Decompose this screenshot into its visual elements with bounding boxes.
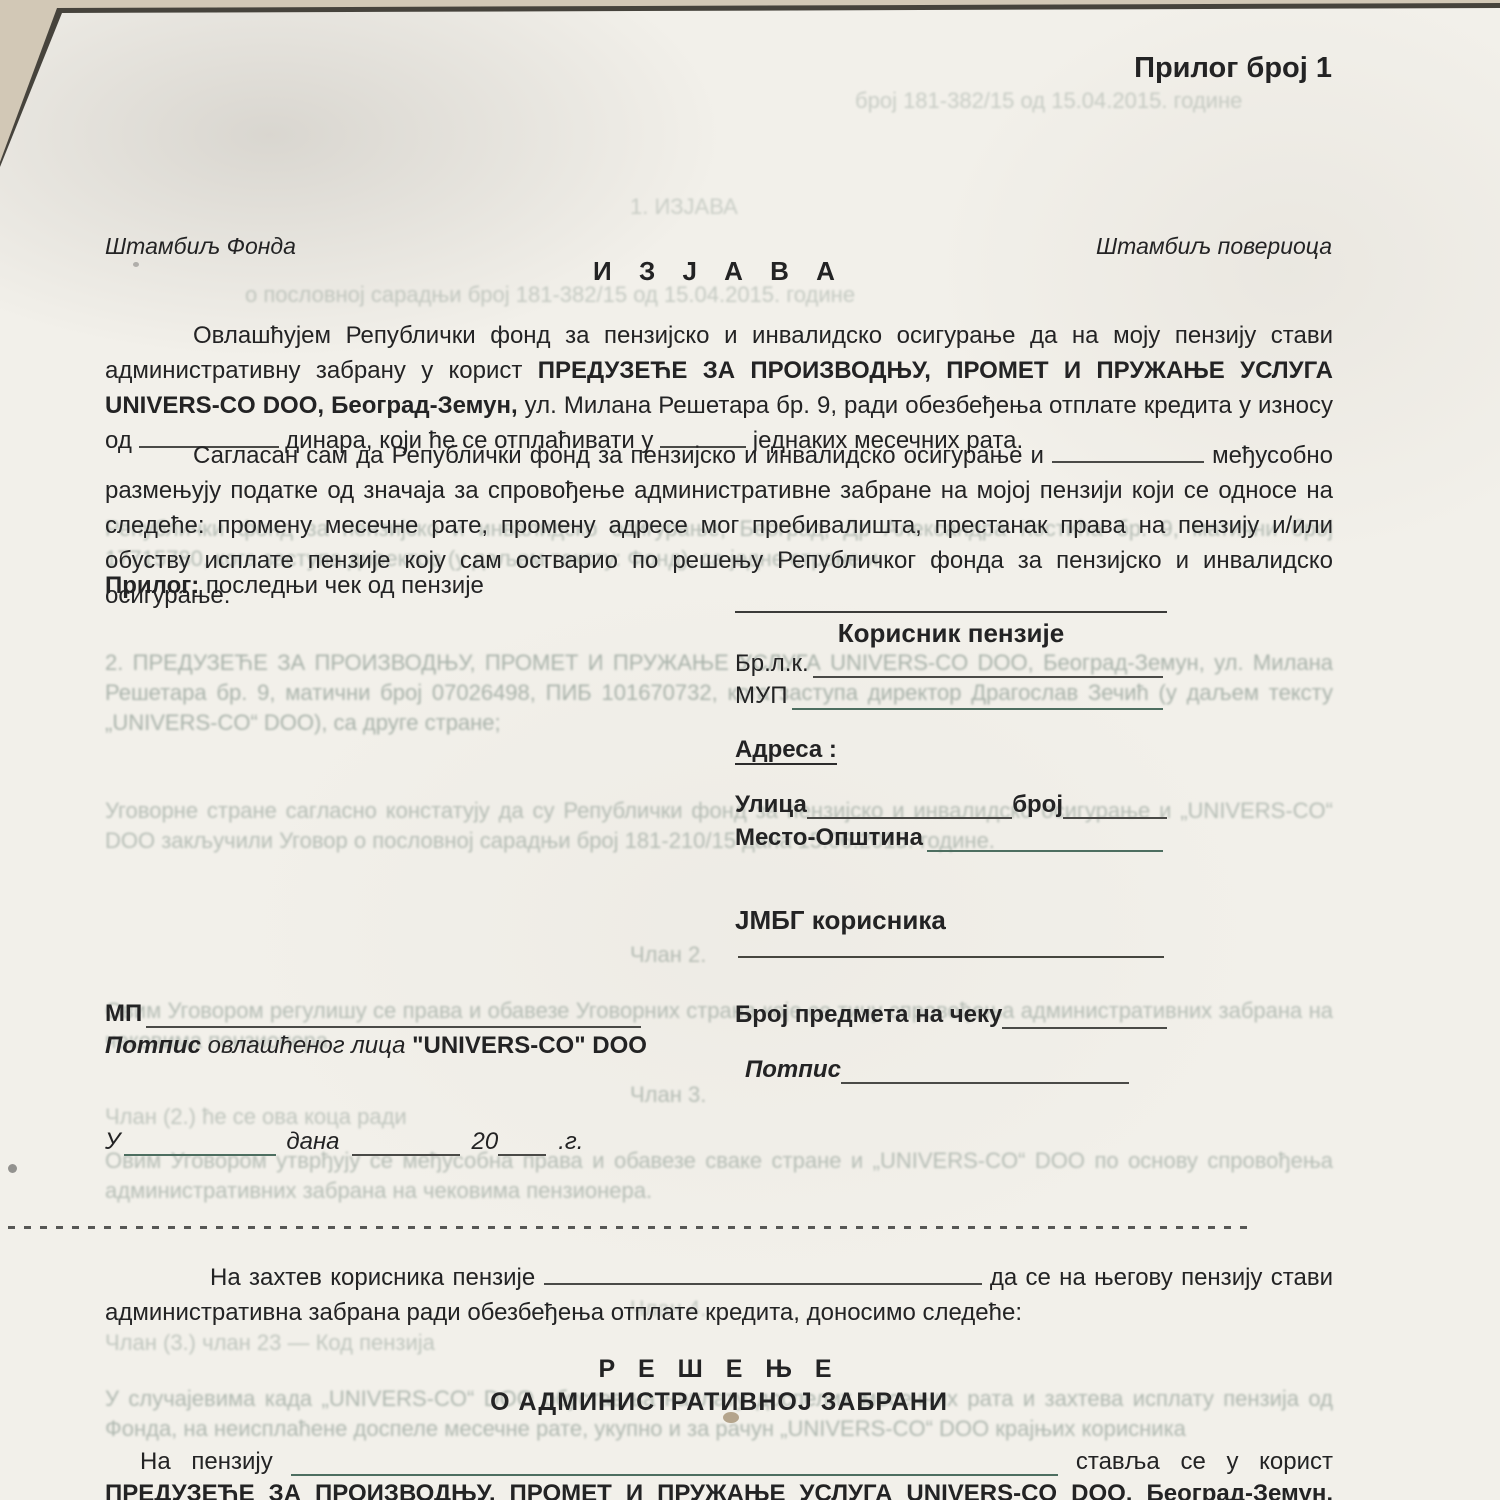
jmbg-blank-field: [738, 956, 1164, 958]
bleedthrough-text: Члан 2.: [630, 940, 870, 970]
bleedthrough-text: Члан 3.: [630, 1080, 870, 1110]
year-century: 20: [472, 1128, 499, 1156]
beneficiary-signature-row: Потпис: [735, 1056, 1177, 1084]
consent-text-1: Сагласан сам да Републички фонд за пензи…: [193, 442, 1052, 469]
request-text-1: На захтев корисника пензије: [210, 1264, 544, 1291]
mup-row: МУП: [735, 682, 1167, 710]
street-number-label: број: [1012, 791, 1063, 819]
signature-word: Потпис: [105, 1032, 201, 1059]
address-heading-text: Адреса :: [735, 736, 837, 765]
mup-blank-field: [792, 682, 1164, 710]
signature-rest: овлашћеног лица: [208, 1032, 406, 1059]
scan-speck: [8, 1164, 17, 1173]
beneficiary-signature-line: [735, 611, 1167, 613]
mup-label: МУП: [735, 682, 788, 710]
street-label: Улица: [735, 791, 807, 819]
bleedthrough-text: Члан (3.) члан 23 — Код пензија: [105, 1328, 565, 1358]
attachment-line: Прилог: последњи чек од пензије: [105, 572, 484, 600]
cheque-case-number-blank-field: [1002, 1001, 1167, 1029]
seal-blank-field: [146, 1000, 641, 1028]
bleedthrough-text: број 181-382/15 од 15.04.2015. године: [855, 86, 1325, 116]
decision-text-1: На пензију: [140, 1448, 273, 1476]
jmbg-label: ЈМБГ корисника: [735, 905, 1167, 936]
decision-creditor-line: ПРЕДУЗЕЋЕ ЗА ПРОИЗВОДЊУ, ПРОМЕТ И ПРУЖАЊ…: [105, 1480, 1333, 1500]
id-card-blank-field: [813, 650, 1163, 678]
decision-subtitle: О АДМИНИСТРАТИВНОЈ ЗАБРАНИ: [105, 1388, 1333, 1417]
place-label: У: [105, 1128, 120, 1156]
cheque-case-number-row: Број предмета на чеку: [735, 1001, 1167, 1029]
municipality-row: Место-Општина: [735, 824, 1167, 852]
beneficiary-signature-label: Потпис: [745, 1056, 841, 1084]
address-heading: Адреса :: [735, 736, 1167, 764]
id-card-label: Бр.л.к.: [735, 650, 809, 678]
street-row: Улица број: [735, 791, 1167, 819]
attachment-value: последњи чек од пензије: [206, 572, 484, 599]
seal-label: МП: [105, 1000, 142, 1028]
decision-text-2: ставља се у корист: [1076, 1448, 1333, 1476]
beneficiary-caption: Корисник пензије: [735, 618, 1167, 649]
id-card-row: Бр.л.к.: [735, 650, 1167, 678]
day-blank-field: [352, 1128, 460, 1156]
authorized-signature-caption: Потпис овлашћеног лица "UNIVERS-CO" DOO: [105, 1032, 647, 1060]
pensioner-name-blank-field: [544, 1263, 982, 1285]
bleedthrough-text: 1. ИЗЈАВА: [630, 192, 890, 222]
declaration-title: И З Ј А В А: [105, 256, 1333, 287]
authorizer-company-name: "UNIVERS-CO" DOO: [412, 1032, 647, 1059]
creditor-name-blank-field: [1052, 441, 1204, 463]
decision-pension-blank-field: [291, 1448, 1058, 1476]
beneficiary-signature-blank-field: [841, 1056, 1129, 1084]
authorization-paragraph: Овлашћујем Републички фонд за пензијско …: [105, 318, 1333, 458]
attachment-label: Прилог:: [105, 572, 199, 599]
annex-number-label: Прилог број 1: [1134, 52, 1332, 85]
request-paragraph: На захтев корисника пензије да се на њег…: [105, 1260, 1333, 1330]
decision-first-line: На пензију ставља се у корист: [105, 1448, 1333, 1476]
place-date-line: У дана 20 .г.: [105, 1128, 665, 1156]
year-suffix: .г.: [558, 1128, 583, 1156]
municipality-blank-field: [927, 824, 1163, 852]
street-blank-field: [807, 791, 1012, 819]
cheque-case-number-label: Број предмета на чеку: [735, 1001, 1002, 1029]
scanned-form-page: број 181-382/15 од 15.04.2015. године 1.…: [0, 0, 1500, 1500]
seal-row: МП: [105, 1000, 645, 1028]
year-blank-field: [498, 1128, 546, 1156]
place-blank-field: [124, 1128, 276, 1156]
day-label: дана: [286, 1128, 339, 1156]
cut-here-dashed-line: [8, 1226, 1248, 1229]
decision-title: Р Е Ш Е Њ Е: [105, 1355, 1333, 1384]
municipality-label: Место-Општина: [735, 824, 923, 852]
street-number-blank-field: [1063, 791, 1167, 819]
